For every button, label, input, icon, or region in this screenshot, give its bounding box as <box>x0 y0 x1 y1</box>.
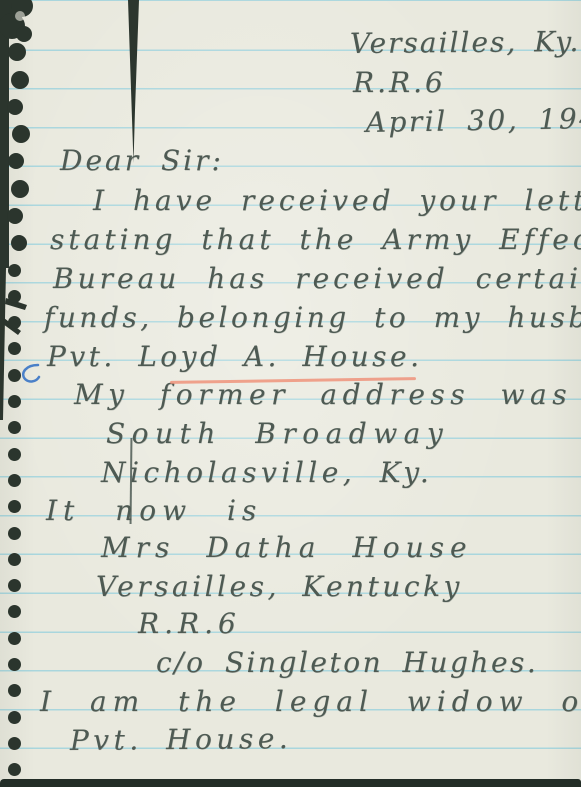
binding-hole-dot <box>8 500 21 513</box>
binding-hole-dot <box>8 737 21 750</box>
binding-hole-dot <box>8 632 21 645</box>
binding-hole-dot <box>8 527 21 540</box>
binding-hole-dot <box>8 579 21 592</box>
new-address-line-1: Mrs Datha House <box>101 534 473 562</box>
binding-hole-dot <box>8 711 21 724</box>
closing-line-2: Pvt. House. <box>70 725 293 755</box>
transition-line: It now is <box>46 497 262 525</box>
binding-hole-dot <box>8 448 21 461</box>
binding-hole-dot <box>8 658 21 671</box>
body-line-4: funds, belonging to my husband <box>44 304 581 332</box>
binding-hole-dot <box>8 290 21 303</box>
binding-hole-dot <box>8 264 21 277</box>
binding-hole-dot <box>8 553 21 566</box>
binding-hole-dot <box>8 421 21 434</box>
binding-hole-dot <box>8 316 21 329</box>
body-line-3: Bureau has received certain <box>53 265 581 293</box>
binding-hole-dot <box>8 474 21 487</box>
new-address-line-2: Versailles, Kentucky <box>96 573 463 601</box>
body-line-5: Pvt. Loyd A. House. <box>47 343 422 371</box>
new-address-line-4: c/o Singleton Hughes. <box>156 649 538 677</box>
salutation-line: Dear Sir: <box>60 147 224 175</box>
closing-line-1: I am the legal widow of <box>40 688 581 716</box>
heading-place-line: Versailles, Ky. <box>350 28 581 58</box>
heading-route-line: R.R.6 <box>353 69 446 97</box>
heading-date-line: April 30, 1945 <box>366 105 581 137</box>
binding-hole-dot <box>8 605 21 618</box>
former-address-line-1: South Broadway <box>106 420 449 448</box>
body-line-1: I have received your letter <box>93 187 581 215</box>
notebook-page: Versailles, Ky.R.R.6April 30, 1945Dear S… <box>0 0 581 787</box>
new-address-line-3: R.R.6 <box>138 610 241 638</box>
body-line-2: stating that the Army Effects <box>50 226 581 254</box>
former-address-line-2: Nicholasville, Ky. <box>101 459 433 487</box>
former-address-intro: My former address was <box>74 381 572 409</box>
blue-ink-mark <box>16 360 44 386</box>
binding-hole-dot <box>8 395 21 408</box>
vertical-pen-mark <box>124 0 144 165</box>
binding-hole-dot <box>8 684 21 697</box>
binding-hole-dot <box>8 763 21 776</box>
page-bottom-edge <box>0 779 581 787</box>
